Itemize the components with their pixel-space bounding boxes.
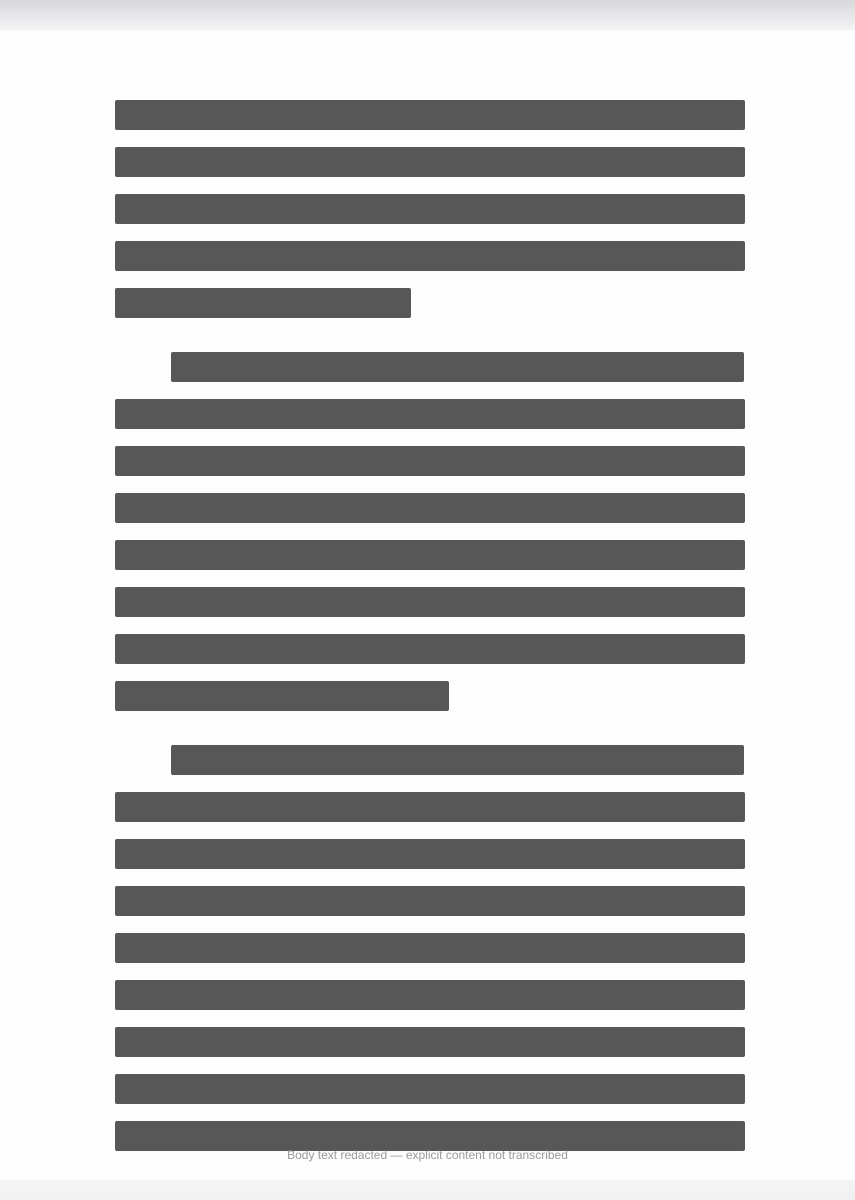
redacted-text-line <box>115 886 745 916</box>
redacted-text-line <box>115 1121 745 1151</box>
redacted-text-line <box>115 839 745 869</box>
paragraph <box>115 352 745 711</box>
redacted-text-line <box>115 493 745 523</box>
redacted-text-line <box>115 399 745 429</box>
redacted-text-line <box>115 933 745 963</box>
redacted-text-line <box>115 194 745 224</box>
redaction-notice: Body text redacted — explicit content no… <box>287 1148 568 1162</box>
redacted-text-line <box>171 352 744 382</box>
redacted-text-line <box>115 792 745 822</box>
redacted-text-line <box>115 587 745 617</box>
redacted-text-line <box>115 241 745 271</box>
redacted-text-line <box>115 540 745 570</box>
redacted-text-line <box>115 1027 745 1057</box>
redacted-text-line <box>115 446 745 476</box>
paragraph <box>115 745 745 1151</box>
scanned-page: Body text redacted — explicit content no… <box>0 0 855 1200</box>
paragraph <box>115 100 745 318</box>
redacted-text-line <box>115 980 745 1010</box>
body-text-block <box>115 100 745 1185</box>
paper-sheet: Body text redacted — explicit content no… <box>0 30 855 1180</box>
redacted-text-line <box>115 681 449 711</box>
redacted-text-line <box>115 634 745 664</box>
redacted-text-line <box>115 100 745 130</box>
redacted-text-line <box>115 147 745 177</box>
redacted-text-line <box>171 745 744 775</box>
redacted-text-line <box>115 1074 745 1104</box>
redacted-text-line <box>115 288 411 318</box>
